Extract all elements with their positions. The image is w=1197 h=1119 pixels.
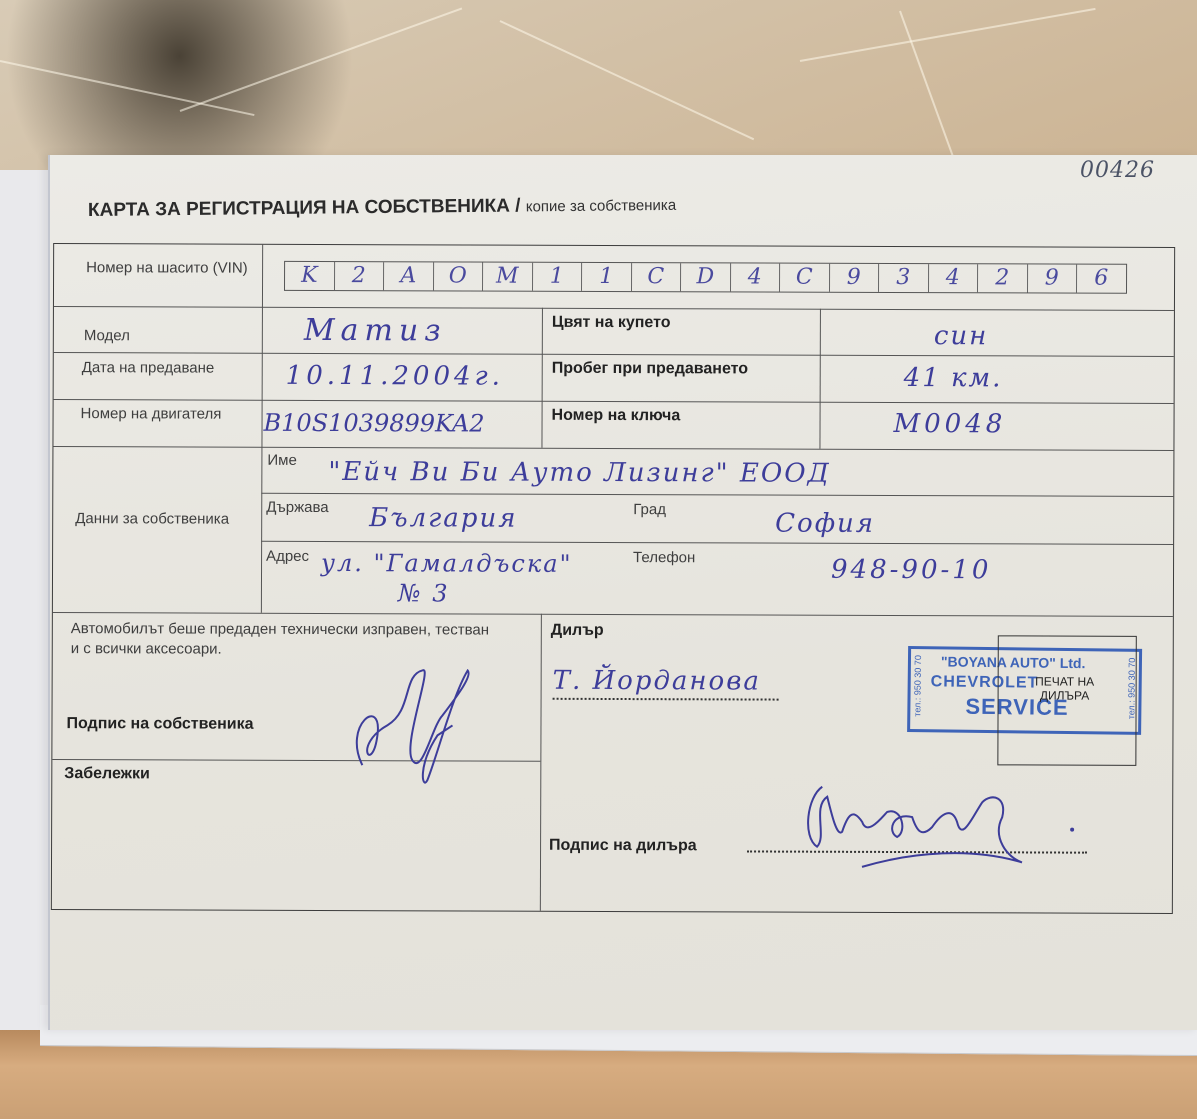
divider — [54, 352, 1174, 357]
vin-char-box[interactable]: C — [632, 263, 682, 291]
vin-char-box[interactable]: M — [483, 263, 533, 291]
owner-section-label: Данни за собственика — [75, 509, 245, 530]
divider — [53, 612, 1173, 617]
color-label: Цвят на купето — [552, 313, 671, 333]
title-separator: / — [510, 195, 526, 216]
divider — [819, 309, 820, 449]
owner-country-label: Държава — [266, 498, 328, 518]
registration-form: Номер на шасито (VIN) K2AOM11CD4C934296 … — [51, 243, 1175, 914]
vin-char-box[interactable]: 4 — [731, 263, 781, 291]
key-number-label: Номер на ключа — [552, 406, 681, 426]
vin-char-box[interactable]: 9 — [1028, 264, 1078, 292]
owner-address-label: Адрес — [266, 547, 309, 567]
key-number-value[interactable]: M0048 — [893, 409, 1006, 439]
divider — [54, 306, 1174, 311]
stamp-phone-left: тел.: 950 30 70 — [912, 655, 923, 717]
vin-char-box[interactable]: 1 — [533, 263, 583, 291]
delivery-date-label: Дата на предаване — [82, 358, 252, 379]
vin-char-box[interactable]: 9 — [830, 264, 880, 292]
dealer-stamp-box: ПЕЧАТ НА ДИЛЪРА — [997, 635, 1136, 765]
vin-char-box[interactable]: 4 — [929, 264, 979, 292]
color-value[interactable]: син — [934, 321, 989, 351]
owner-name-value[interactable]: "Ейч Ви Би Ауто Лизинг" ЕООД — [328, 457, 830, 489]
owner-address-line1[interactable]: ул. "Гамалдъска" — [321, 549, 573, 578]
vin-char-box[interactable]: 2 — [335, 262, 385, 290]
owner-city-value[interactable]: София — [775, 509, 875, 539]
background-texture — [0, 60, 255, 116]
vin-char-box[interactable]: D — [681, 263, 731, 291]
vin-char-box[interactable]: 2 — [978, 264, 1028, 292]
owner-signature — [342, 665, 492, 786]
vin-char-box[interactable]: C — [780, 264, 830, 292]
vin-char-box[interactable]: O — [434, 262, 484, 290]
vin-char-box[interactable]: K — [285, 262, 335, 290]
owner-address-line2[interactable]: № 3 — [398, 579, 450, 607]
divider — [540, 614, 542, 911]
engine-number-label: Номер на двигателя — [81, 404, 251, 425]
owner-country-value[interactable]: България — [369, 503, 517, 534]
mileage-value[interactable]: 41 км. — [904, 363, 1003, 393]
divider — [54, 399, 1174, 404]
vin-field[interactable]: K2AOM11CD4C934296 — [284, 261, 1127, 294]
vin-char-box[interactable]: 3 — [879, 264, 929, 292]
owner-phone-value[interactable]: 948-90-10 — [831, 555, 991, 586]
owner-signature-label: Подпис на собственика — [66, 714, 253, 735]
vin-char-box[interactable]: 1 — [582, 263, 632, 291]
divider — [261, 541, 1173, 545]
background-texture — [800, 8, 1096, 62]
title-main: КАРТА ЗА РЕГИСТРАЦИЯ НА СОБСТВЕНИКА — [88, 196, 510, 221]
dealer-name-value[interactable]: Т. Йорданова — [553, 666, 761, 697]
divider — [53, 446, 1173, 451]
model-label: Модел — [84, 326, 130, 346]
stamp-box-label: ПЕЧАТ НА ДИЛЪРА — [1015, 674, 1115, 702]
remarks-label: Забележки — [64, 764, 150, 784]
delivery-date-value[interactable]: 10.11.2004г. — [286, 361, 504, 392]
title-subtitle: копие за собственика — [526, 197, 676, 216]
remarks-field[interactable] — [62, 784, 532, 906]
dealer-label: Дилър — [551, 621, 604, 641]
dealer-signature-label: Подпис на дилъра — [549, 836, 697, 857]
owner-city-label: Град — [633, 500, 666, 520]
vin-char-box[interactable]: 6 — [1077, 265, 1126, 293]
dealer-name-line — [553, 698, 779, 701]
serial-number: 00426 — [1080, 158, 1155, 183]
model-value[interactable]: Матиз — [304, 313, 447, 348]
divider — [541, 308, 542, 448]
background-texture — [180, 7, 463, 111]
owner-phone-label: Телефон — [633, 548, 695, 568]
dealer-signature — [792, 777, 1092, 878]
engine-number-value[interactable]: B10S1039899KA2 — [263, 409, 484, 438]
vin-char-box[interactable]: A — [384, 262, 434, 290]
divider — [261, 493, 1173, 497]
owner-name-label: Име — [267, 451, 297, 471]
mileage-label: Пробег при предаването — [552, 359, 748, 380]
vin-label: Номер на шасито (VIN) — [86, 258, 256, 279]
background-texture — [500, 20, 755, 140]
handover-statement: Автомобилът беше предаден технически изп… — [71, 619, 491, 660]
